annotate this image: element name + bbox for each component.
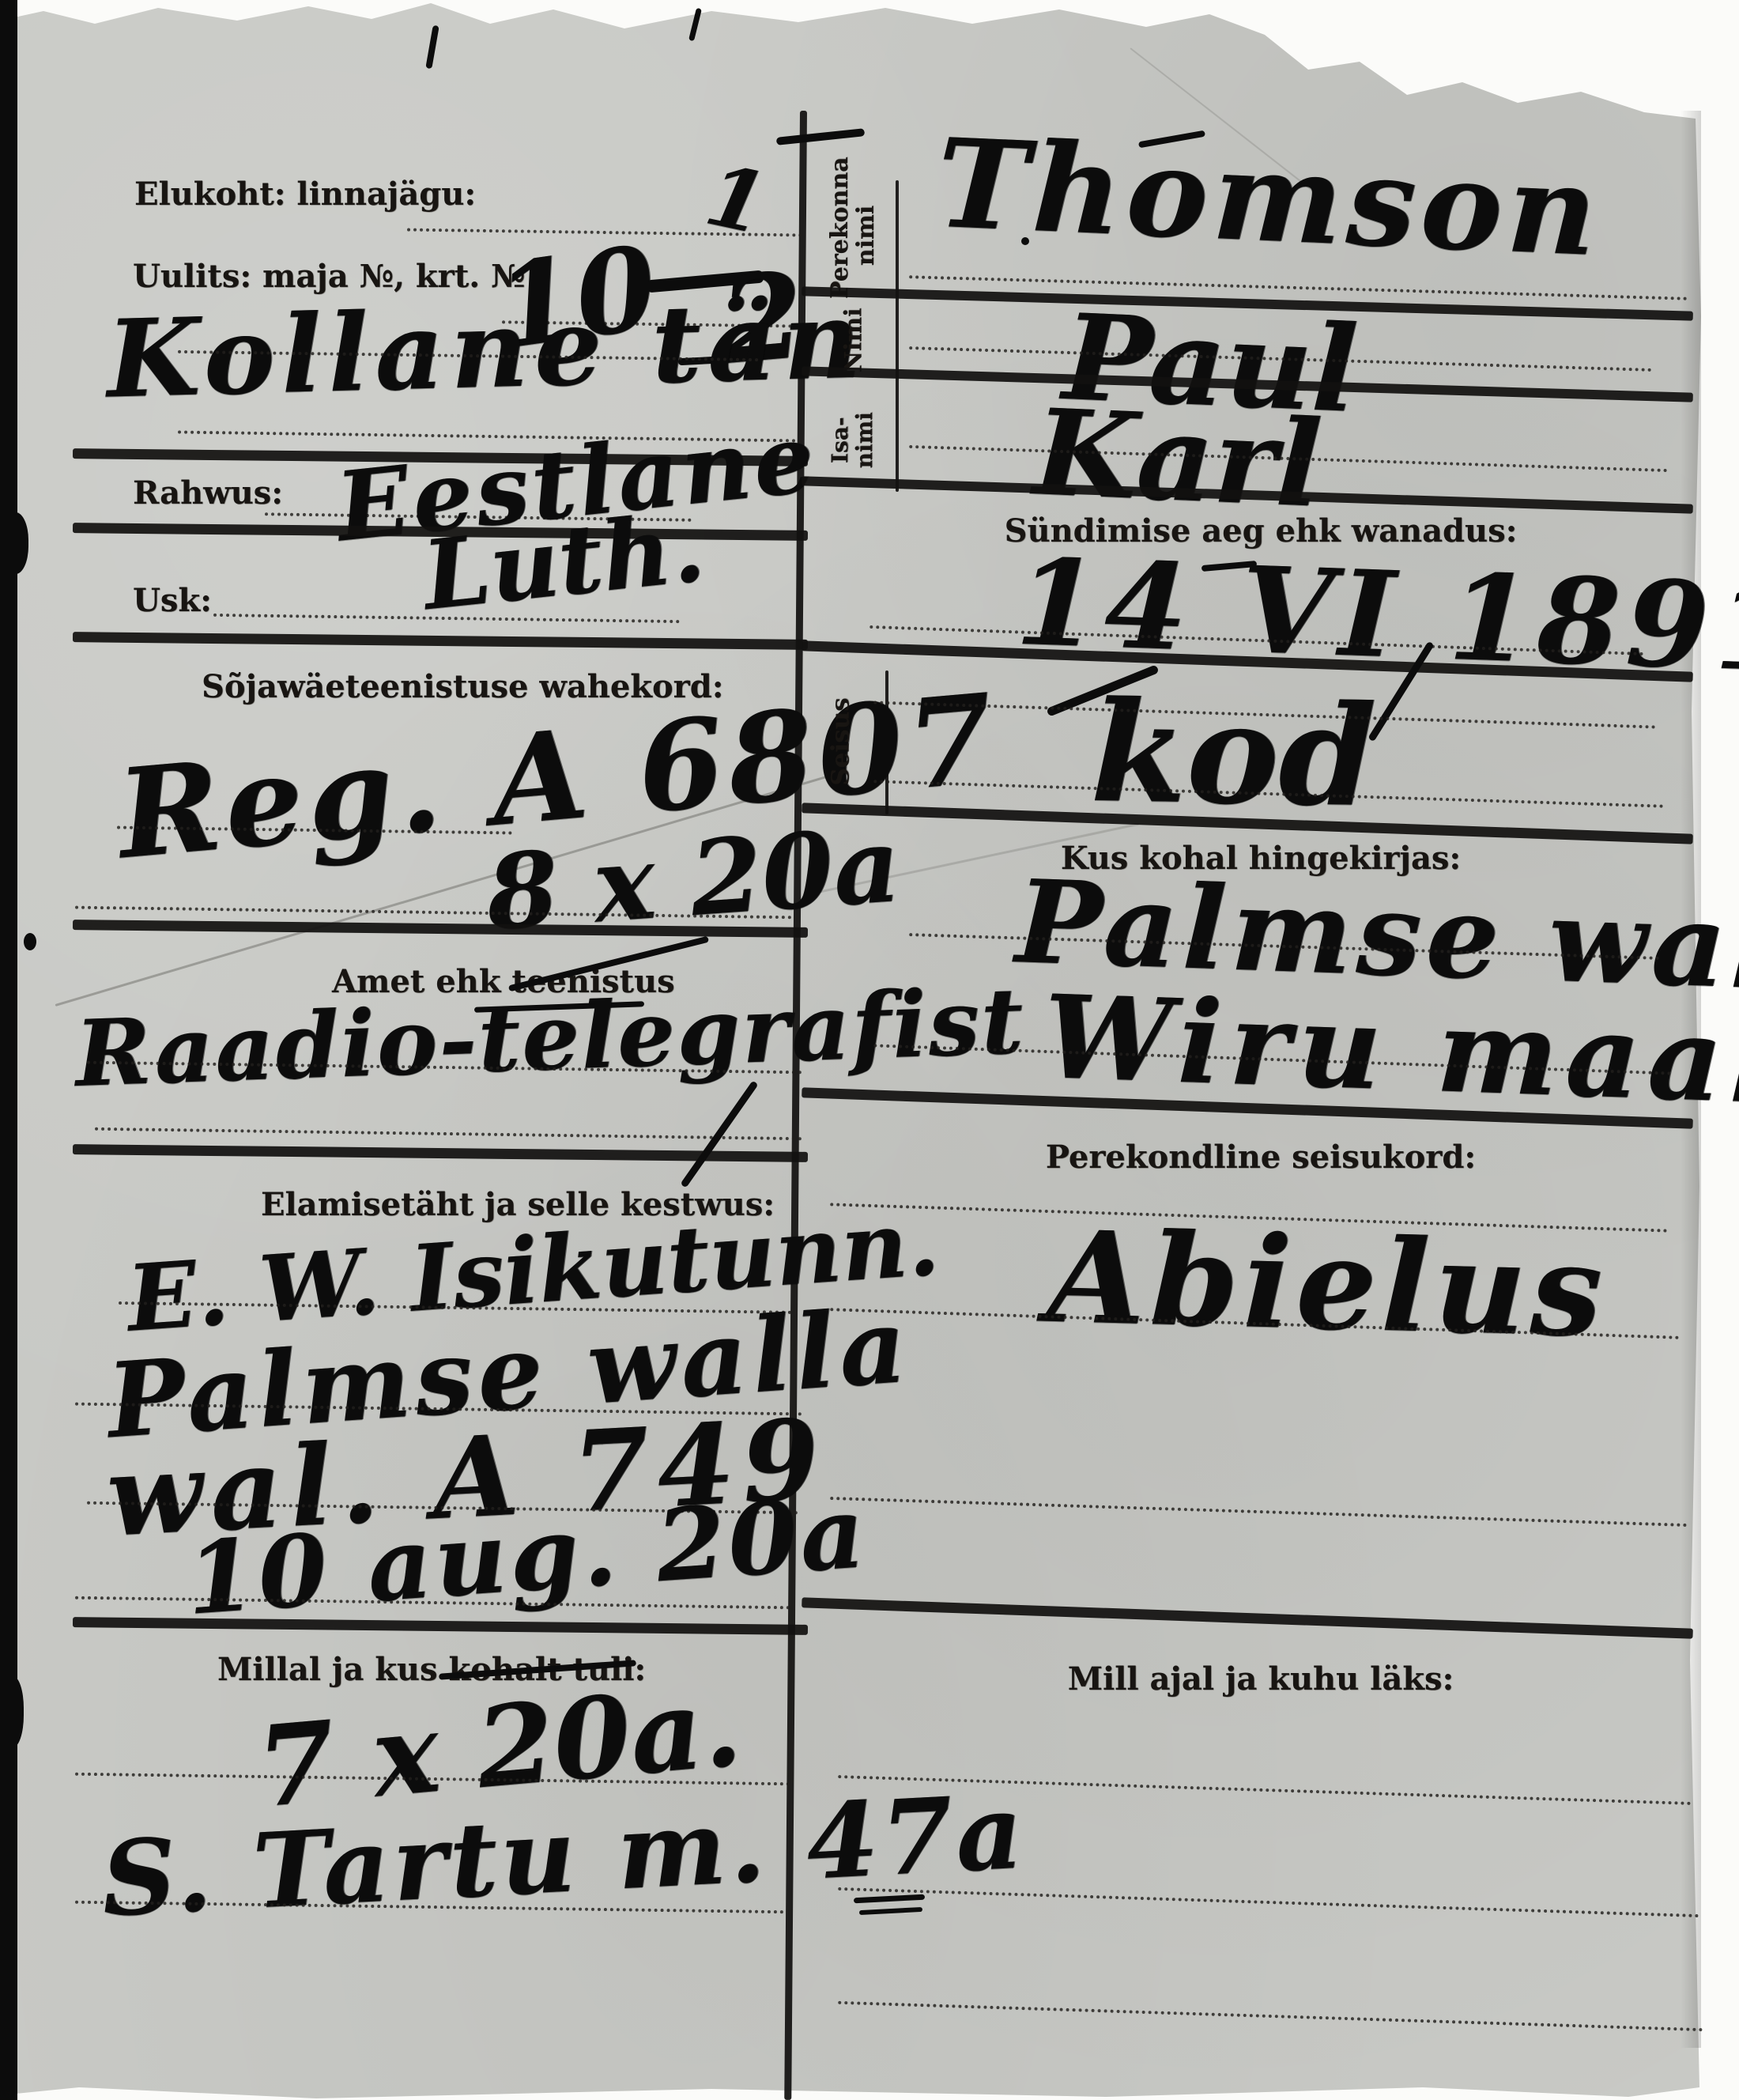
ink-dot	[24, 933, 36, 950]
perekondline-label: Perekondline seisukord:	[913, 1139, 1609, 1176]
scan-edge-blot	[0, 1676, 24, 1747]
elukoht-label: Elukoht: linnajägu:	[134, 176, 476, 213]
seisus-label: Seisus	[797, 670, 885, 813]
scan-edge-strip	[0, 0, 17, 2100]
seisus-entry: kod	[1089, 671, 1377, 838]
street-entry: Kollane tän	[105, 276, 868, 421]
perekondline-entry: Abielus	[1046, 1203, 1609, 1365]
scanned-document: Elukoht: linnajägu: 1 Uulits: maja №, kr…	[0, 0, 1739, 2100]
usk-label: Usk:	[133, 582, 212, 619]
perekonna-nimi-entry: Thomson	[934, 111, 1604, 284]
laks-label: Mill ajal ja kuhu läks:	[913, 1660, 1609, 1698]
isa-nimi-label: Isa- nimi	[811, 392, 895, 489]
rahwus-label: Rahwus:	[133, 474, 283, 512]
perekonna-nimi-label: Perekonna nimi	[811, 176, 895, 296]
scan-edge-blot	[0, 512, 28, 574]
ink-dot	[1021, 237, 1029, 245]
label-strip-line	[896, 180, 899, 492]
